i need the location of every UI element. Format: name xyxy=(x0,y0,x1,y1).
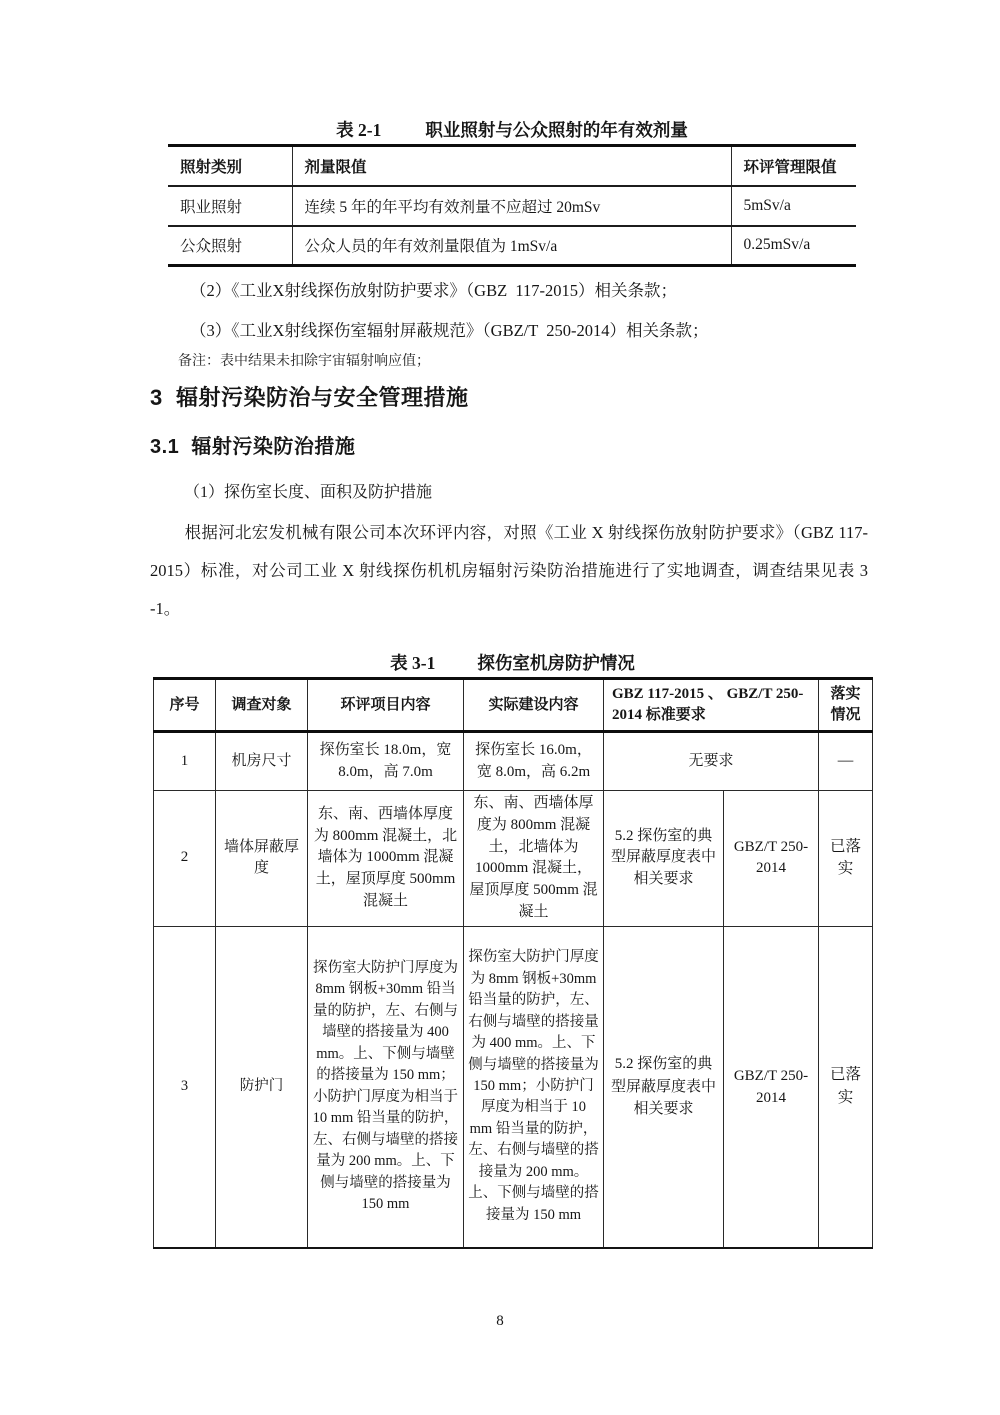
col-header-exposure-type: 照射类别 xyxy=(168,146,292,186)
table-row-wall-shielding: 2 墙体屏蔽厚度 东、南、西墙体厚度为 800mm 混凝土，北墙体为 1000m… xyxy=(154,791,873,927)
cell-index: 2 xyxy=(154,791,216,927)
table-cell: 公众照射 xyxy=(168,226,292,266)
cell-status: 已落实 xyxy=(819,791,873,927)
col-header-survey-object: 调查对象 xyxy=(216,679,308,732)
cell-actual-content: 探伤室大防护门厚度为 8mm 钢板+30mm 铅当量的防护，左、右侧与墙壁的搭接… xyxy=(464,926,604,1248)
subsection-heading: 3.1 辐射污染防治措施 xyxy=(150,430,355,459)
table-row-protective-door: 3 防护门 探伤室大防护门厚度为 8mm 钢板+30mm 铅当量的防护，左、右侧… xyxy=(154,926,873,1248)
cell-survey-object: 墙体屏蔽厚度 xyxy=(216,791,308,927)
cell-eia-content: 探伤室大防护门厚度为 8mm 钢板+30mm 铅当量的防护，左、右侧与墙壁的搭接… xyxy=(308,926,464,1248)
table-cell: 职业照射 xyxy=(168,186,292,226)
cell-actual-content: 东、南、西墙体厚度为 800mm 混凝土，北墙体为 1000mm 混凝土，屋顶厚… xyxy=(464,791,604,927)
table-row-room-size: 1 机房尺寸 探伤室长 18.0m，宽 8.0m，高 7.0m 探伤室长 16.… xyxy=(154,732,873,791)
cell-standard-code: GBZ/T 250-2014 xyxy=(724,791,819,927)
table-cell: 0.25mSv/a xyxy=(731,226,856,266)
col-header-actual-content: 实际建设内容 xyxy=(464,679,604,732)
table-row: 公众照射 公众人员的年有效剂量限值为 1mSv/a 0.25mSv/a xyxy=(168,226,856,266)
cell-standard: 无要求 xyxy=(604,732,819,791)
cell-standard-code: GBZ/T 250-2014 xyxy=(724,926,819,1248)
clause-item-3: （3）《工业X射线探伤室辐射屏蔽规范》（GBZ/T 250-2014）相关条款； xyxy=(190,317,709,341)
table-note: 备注：表中结果未扣除宇宙辐射响应值； xyxy=(178,350,430,370)
section-heading: 3 辐射污染防治与安全管理措施 xyxy=(150,381,468,412)
col-header-index: 序号 xyxy=(154,679,216,732)
cell-standard-clause: 5.2 探伤室的典型屏蔽厚度表中相关要求 xyxy=(604,926,724,1248)
table-2-1-caption: 表 2-1职业照射与公众照射的年有效剂量 xyxy=(168,117,856,142)
table-2-1-label: 表 2-1 xyxy=(336,120,381,140)
cell-eia-content: 探伤室长 18.0m，宽 8.0m，高 7.0m xyxy=(308,732,464,791)
table-2-1-title: 职业照射与公众照射的年有效剂量 xyxy=(425,120,688,140)
table-3-1-label: 表 3-1 xyxy=(390,653,435,673)
col-header-eia-content: 环评项目内容 xyxy=(308,679,464,732)
col-header-status: 落实情况 xyxy=(819,679,873,732)
table-3-1: 序号 调查对象 环评项目内容 实际建设内容 GBZ 117-2015 、 GBZ… xyxy=(153,677,873,1249)
table-3-1-caption: 表 3-1探伤室机房防护情况 xyxy=(153,650,872,675)
table-3-1-title: 探伤室机房防护情况 xyxy=(477,653,635,673)
cell-index: 3 xyxy=(154,926,216,1248)
table-cell: 5mSv/a xyxy=(731,186,856,226)
col-header-dose-limit: 剂量限值 xyxy=(292,146,731,186)
cell-status: — xyxy=(819,732,873,791)
cell-survey-object: 防护门 xyxy=(216,926,308,1248)
cell-standard-clause: 5.2 探伤室的典型屏蔽厚度表中相关要求 xyxy=(604,791,724,927)
table-cell: 公众人员的年有效剂量限值为 1mSv/a xyxy=(292,226,731,266)
cell-index: 1 xyxy=(154,732,216,791)
col-header-eia-limit: 环评管理限值 xyxy=(731,146,856,186)
cell-actual-content: 探伤室长 16.0m，宽 8.0m，高 6.2m xyxy=(464,732,604,791)
cell-survey-object: 机房尺寸 xyxy=(216,732,308,791)
clause-item-2: （2）《工业X射线探伤放射防护要求》（GBZ 117-2015）相关条款； xyxy=(190,277,677,301)
list-item-1: （1）探伤室长度、面积及防护措施 xyxy=(184,479,432,502)
col-header-standard: GBZ 117-2015 、 GBZ/T 250-2014 标准要求 xyxy=(604,679,819,732)
cell-status: 已落实 xyxy=(819,926,873,1248)
document-page: 表 2-1职业照射与公众照射的年有效剂量 照射类别 剂量限值 环评管理限值 职业… xyxy=(0,0,1000,1415)
table-2-1-header-row: 照射类别 剂量限值 环评管理限值 xyxy=(168,146,856,186)
table-3-1-header-row: 序号 调查对象 环评项目内容 实际建设内容 GBZ 117-2015 、 GBZ… xyxy=(154,679,873,732)
table-cell: 连续 5 年的年平均有效剂量不应超过 20mSv xyxy=(292,186,731,226)
table-2-1: 照射类别 剂量限值 环评管理限值 职业照射 连续 5 年的年平均有效剂量不应超过… xyxy=(168,144,856,267)
table-row: 职业照射 连续 5 年的年平均有效剂量不应超过 20mSv 5mSv/a xyxy=(168,186,856,226)
page-number: 8 xyxy=(0,1313,1000,1330)
cell-eia-content: 东、南、西墙体厚度为 800mm 混凝土，北墙体为 1000mm 混凝土，屋顶厚… xyxy=(308,791,464,927)
body-paragraph: 根据河北宏发机械有限公司本次环评内容，对照《工业 X 射线探伤放射防护要求》（G… xyxy=(150,514,868,628)
